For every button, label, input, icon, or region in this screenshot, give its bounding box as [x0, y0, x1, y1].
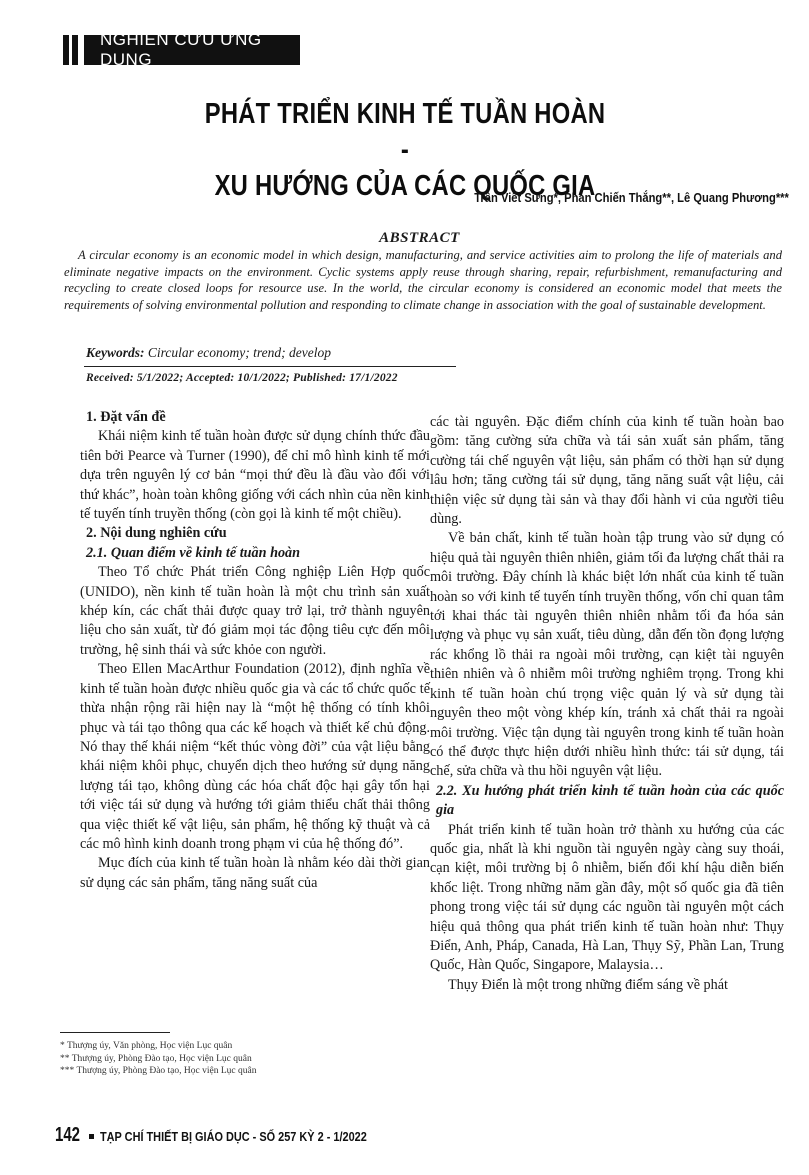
footnote-divider — [60, 1032, 170, 1033]
paragraph: Mục đích của kinh tế tuần hoàn là nhằm k… — [80, 854, 430, 893]
keywords: Keywords: Circular economy; trend; devel… — [86, 345, 331, 361]
paragraph: Theo Ellen MacArthur Foundation (2012), … — [80, 660, 430, 854]
page-footer: 142 TẠP CHÍ THIẾT BỊ GIÁO DỤC - SỐ 257 K… — [55, 1124, 418, 1147]
paragraph: Khái niệm kinh tế tuần hoàn được sử dụng… — [80, 427, 430, 524]
subheading-2-1: 2.1. Quan điểm về kinh tế tuần hoàn — [80, 544, 430, 563]
abstract-heading: ABSTRACT — [0, 230, 809, 247]
keywords-divider — [84, 366, 456, 367]
paragraph: các tài nguyên. Đặc điểm chính của kinh … — [430, 413, 784, 529]
left-column: 1. Đặt vấn đề Khái niệm kinh tế tuần hoà… — [80, 408, 430, 893]
paragraph: Theo Tổ chức Phát triển Công nghiệp Liên… — [80, 563, 430, 660]
right-column: các tài nguyên. Đặc điểm chính của kinh … — [430, 413, 784, 995]
heading-research-content: 2. Nội dung nghiên cứu — [80, 524, 430, 543]
paragraph: Về bản chất, kinh tế tuần hoàn tập trung… — [430, 529, 784, 781]
footnote: * Thượng úy, Văn phòng, Học viện Lục quâ… — [60, 1040, 256, 1053]
publication-dates: Received: 5/1/2022; Accepted: 10/1/2022;… — [86, 372, 398, 384]
abstract-body: A circular economy is an economic model … — [64, 247, 782, 313]
footnote: ** Thượng úy, Phòng Đào tạo, Học viện Lụ… — [60, 1053, 256, 1066]
article-title: PHÁT TRIỂN KINH TẾ TUẦN HOÀN - XU HƯỚNG … — [204, 96, 606, 204]
footnote: *** Thượng úy, Phòng Đào tạo, Học viện L… — [60, 1065, 256, 1078]
authors: Trần Viết Sưng*, Phan Chiến Thắng**, Lê … — [474, 190, 789, 205]
paragraph: Thụy Điển là một trong những điểm sáng v… — [430, 976, 784, 995]
bullet-icon — [89, 1134, 94, 1139]
subheading-2-2: 2.2. Xu hướng phát triển kinh tế tuần ho… — [430, 782, 784, 821]
page-number: 142 — [55, 1124, 76, 1147]
heading-introduction: 1. Đặt vấn đề — [80, 408, 430, 427]
header-bar-decoration — [63, 35, 69, 65]
paragraph: Phát triển kinh tế tuần hoàn trở thành x… — [430, 821, 784, 976]
keywords-label: Keywords: — [86, 345, 145, 360]
section-label: NGHIÊN CỨU ỨNG DỤNG — [84, 35, 300, 65]
header-bar-decoration — [72, 35, 78, 65]
journal-name: TẠP CHÍ THIẾT BỊ GIÁO DỤC - SỐ 257 KỲ 2 … — [100, 1129, 367, 1144]
section-header: NGHIÊN CỨU ỨNG DỤNG — [63, 35, 300, 65]
title-line-1: PHÁT TRIỂN KINH TẾ TUẦN HOÀN - — [204, 96, 606, 168]
keywords-value: Circular economy; trend; develop — [148, 345, 331, 360]
footnotes: * Thượng úy, Văn phòng, Học viện Lục quâ… — [60, 1040, 256, 1078]
